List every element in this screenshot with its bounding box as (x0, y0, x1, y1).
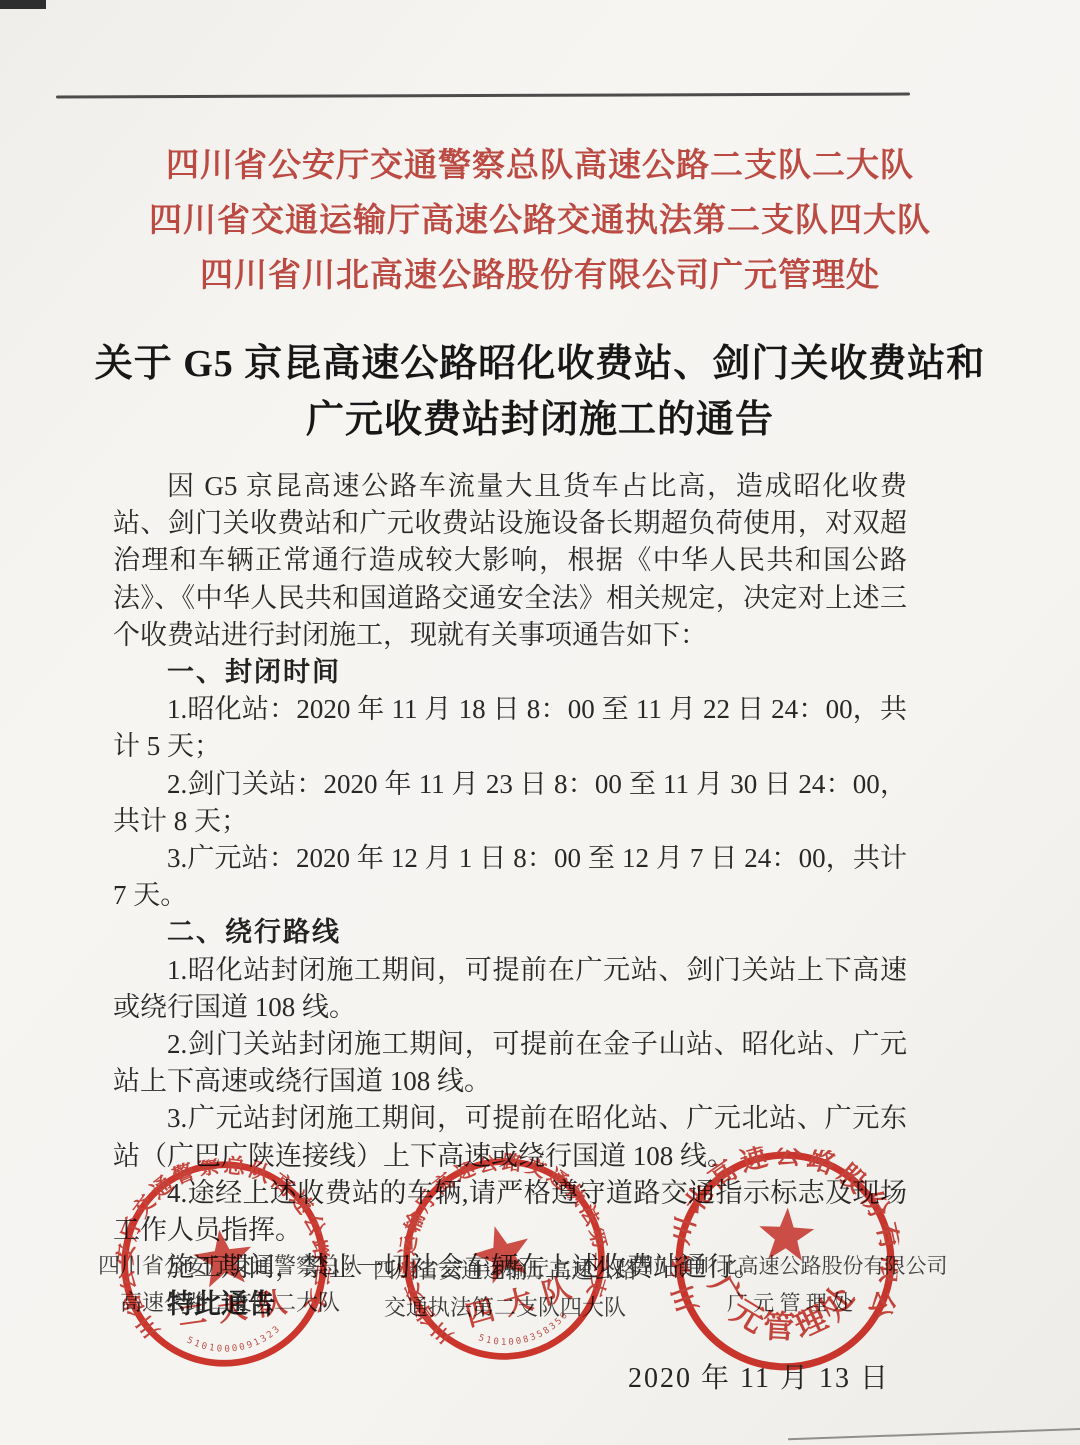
official-seal-1: 四川省公安厅交通警察总队高速公路二支队 二大队 5101000091323 (104, 1144, 343, 1383)
section1-item-3: 3.广元站：2020 年 12 月 1 日 8：00 至 12 月 7 日 24… (113, 840, 907, 914)
document-title-line-1: 关于 G5 京昆高速公路昭化收费站、剑门关收费站和 (0, 336, 1080, 392)
official-seal-3: 四川省川北高速公路股份有限公司 广元管理处 (666, 1142, 904, 1380)
intro-paragraph: 因 G5 京昆高速公路车流量大且货车占比高，造成昭化收费站、剑门关收费站和广元收… (113, 468, 907, 654)
letterhead-org-3: 四川省川北高速公路股份有限公司广元管理处 (0, 249, 1080, 304)
letterhead-org-1: 四川省公安厅交通警察总队高速公路二支队二大队 (0, 139, 1080, 194)
star-icon (758, 1206, 816, 1261)
section2-heading: 二、绕行路线 (113, 914, 907, 951)
star-icon (467, 1218, 537, 1286)
seal-1-bottom-text: 二大队 (176, 1285, 301, 1334)
scan-corner-mark (0, 0, 46, 9)
document-title-line-2: 广元收费站封闭施工的通告 (0, 392, 1080, 448)
document-title: 关于 G5 京昆高速公路昭化收费站、剑门关收费站和 广元收费站封闭施工的通告 (0, 336, 1080, 448)
star-icon (190, 1226, 256, 1289)
section2-item-1: 1.昭化站封闭施工期间，可提前在广元站、剑门关站上下高速或绕行国道 108 线。 (113, 952, 907, 1026)
paper-bottom-edge-line (788, 1428, 1080, 1440)
letterhead: 四川省公安厅交通警察总队高速公路二支队二大队 四川省交通运输厅高速公路交通执法第… (0, 139, 1080, 304)
section1-item-2: 2.剑门关站：2020 年 11 月 23 日 8：00 至 11 月 30 日… (113, 766, 907, 840)
seal-2-bottom-text: 四大队 (462, 1269, 585, 1333)
document-page: 四川省公安厅交通警察总队高速公路二支队二大队 四川省交通运输厅高速公路交通执法第… (0, 0, 1080, 1445)
letterhead-org-2: 四川省交通运输厅高速公路交通执法第二支队四大队 (0, 194, 1080, 249)
document-date: 2020 年 11 月 13 日 (628, 1356, 890, 1396)
seal-3-bottom-text: 广元管理处 (700, 1268, 866, 1349)
paper-top-edge-line (56, 93, 910, 99)
section1-item-1: 1.昭化站：2020 年 11 月 18 日 8：00 至 11 月 22 日 … (113, 691, 907, 765)
section1-heading: 一、封闭时间 (113, 654, 907, 691)
svg-text:广元管理处: 广元管理处 (700, 1268, 866, 1349)
section2-item-2: 2.剑门关站封闭施工期间，可提前在金子山站、昭化站、广元站上下高速或绕行国道 1… (113, 1026, 907, 1100)
